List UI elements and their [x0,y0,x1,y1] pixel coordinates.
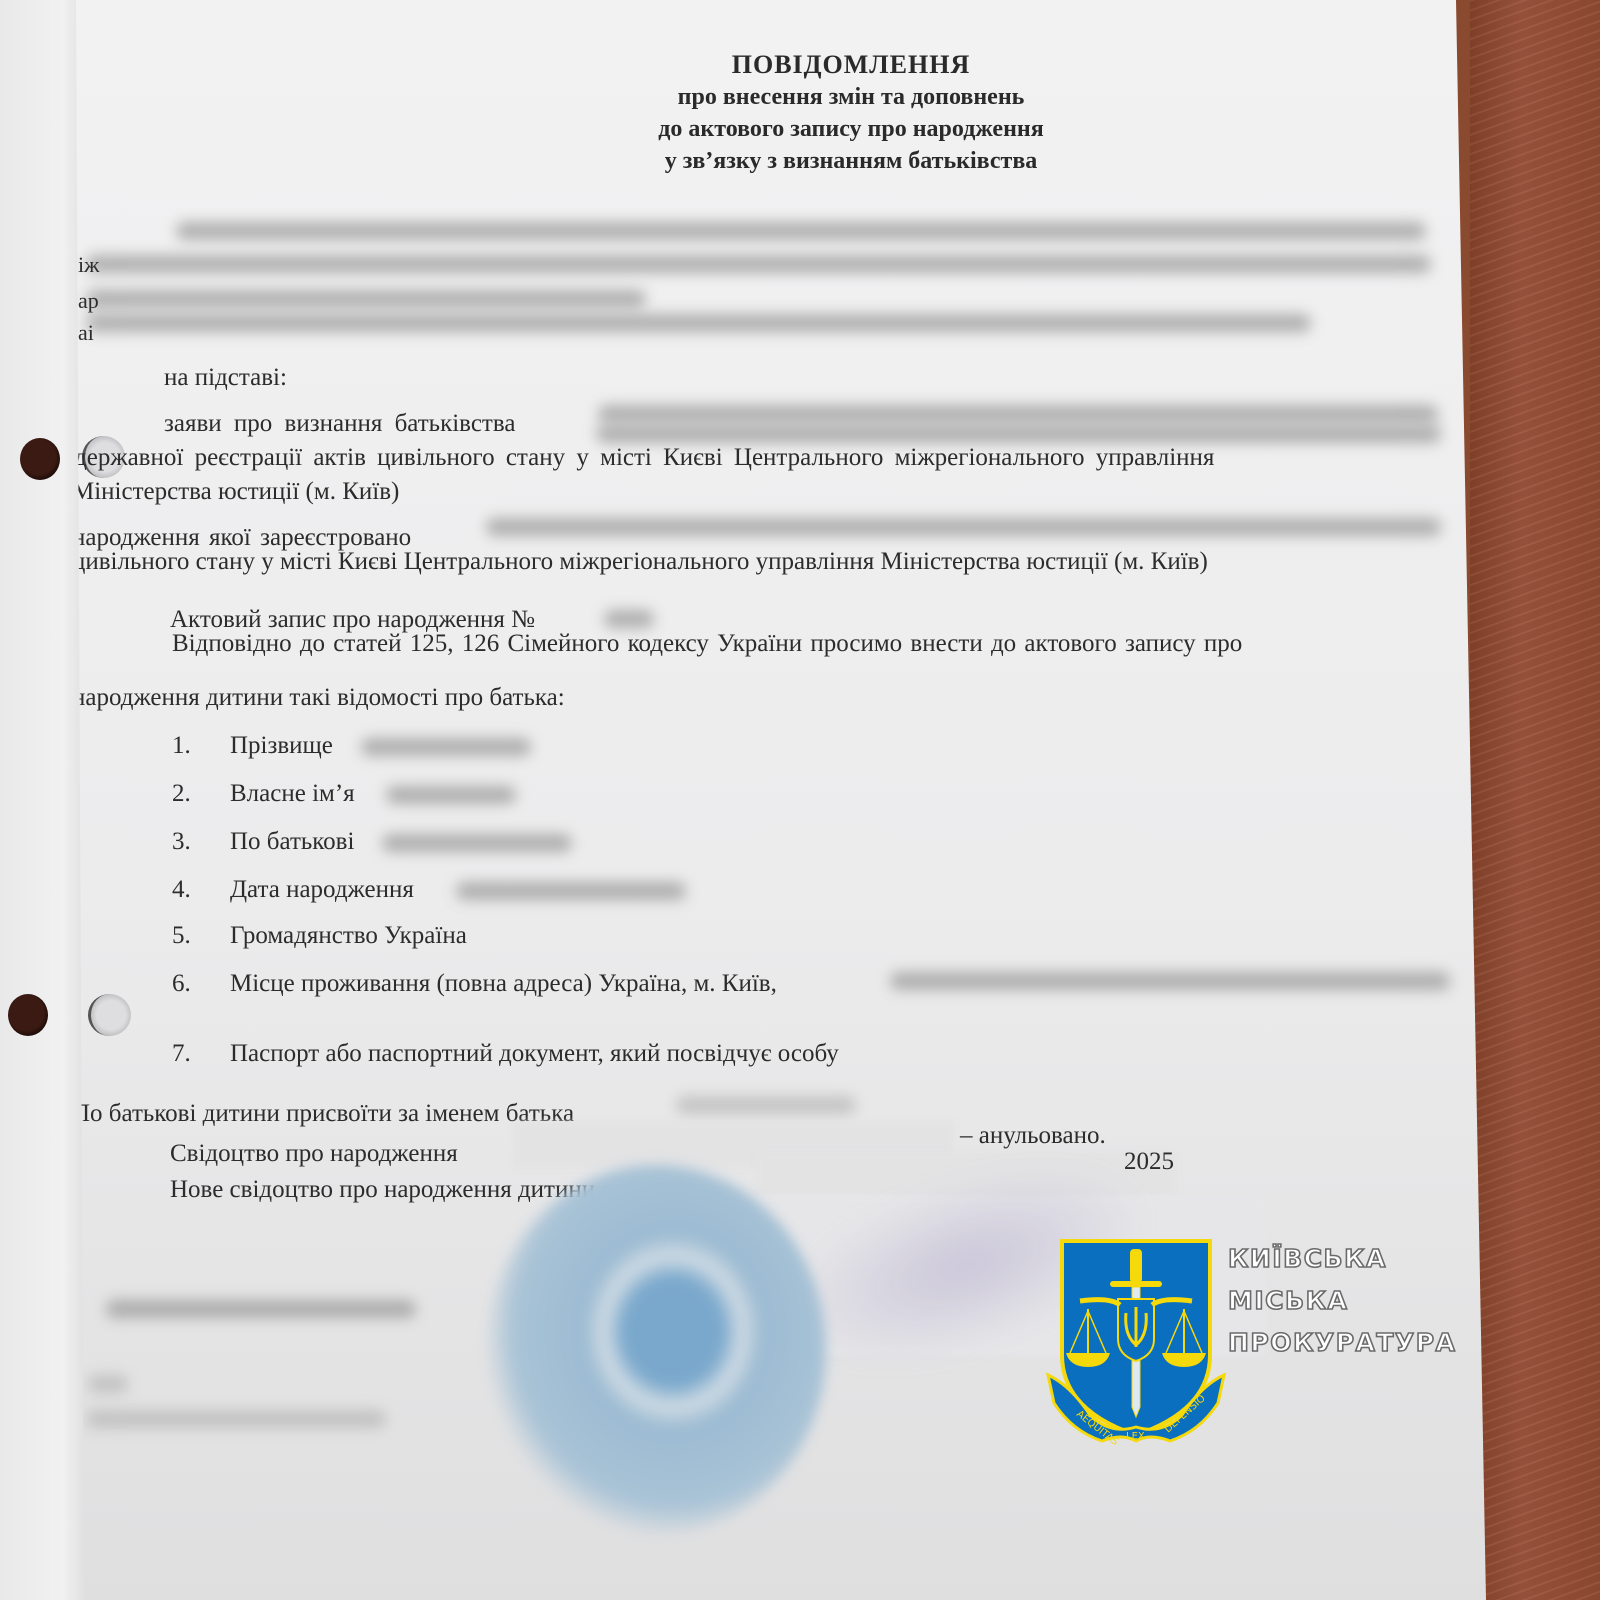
application-line: заяви про визнання батьківства [164,410,515,438]
redacted-patronymic [382,834,572,852]
registry-line-2: Міністерства юстиції (м. Київ) [72,478,399,506]
svg-text:LEX: LEX [1126,1431,1145,1442]
redacted-address [890,972,1450,990]
redacted-text [86,290,646,308]
redacted-birth-date [456,882,686,900]
redacted-patronymic-value [676,1096,856,1114]
document-subtitle-2: до актового запису про народження [76,113,1600,145]
redacted-registration-date [486,518,1441,536]
margin-fragment: іж [78,252,99,278]
birth-registered-line-2: цивільного стану у місті Києві Центральн… [72,548,1208,576]
org-name-line-1: КИЇВСЬКА [1228,1238,1456,1280]
wooden-table-background [1470,0,1600,1600]
field-patronymic: 3.По батькові [172,828,354,856]
punch-hole-top [20,438,60,480]
document-title-block: ПОВІДОМЛЕННЯ про внесення змін та доповн… [76,48,1600,177]
margin-fragment: ар [78,288,99,314]
field-citizenship: 5.Громадянство Україна [172,922,467,950]
margin-fragment: аі [78,320,94,346]
field-passport: 7.Паспорт або паспортний документ, який … [172,1040,839,1068]
field-address: 6.Місце проживання (повна адреса) Україн… [172,970,777,998]
prosecutor-emblem-icon: AEQUITAS LEX DEFENSIO [1040,1235,1230,1445]
request-line-2: народження дитини такі відомості про бат… [72,684,565,712]
basis-label: на підставі: [164,364,287,392]
org-name-line-3: ПРОКУРАТУРА [1228,1322,1456,1364]
redacted-act-record-number [604,610,654,628]
redacted-text [86,255,1431,273]
punch-hole-bottom [8,994,48,1036]
request-line-1: Відповідно до статей 125, 126 Сімейного … [172,630,1242,658]
redacted-application-details [598,405,1438,423]
page-punch-hole-bottom [88,994,131,1036]
prosecutor-office-name: КИЇВСЬКА МІСЬКА ПРОКУРАТУРА [1228,1238,1456,1364]
field-birth-date: 4.Дата народження [172,876,414,904]
redacted-application-details [596,425,1441,443]
redacted-text [86,1410,386,1428]
redacted-text [176,222,1426,240]
redacted-text [86,314,1311,332]
official-seal-blurred [486,1165,826,1535]
redacted-surname [361,738,531,756]
registry-line-1: державної реєстрації актів цивільного ст… [74,444,1214,472]
redacted-first-name [386,786,516,804]
patronymic-assignment-line: По батькові дитини присвоїти за іменем б… [72,1100,574,1128]
field-surname: 1.Прізвище [172,732,333,760]
back-sheet [0,0,90,1600]
document-subtitle-1: про внесення змін та доповнень [76,81,1600,113]
field-first-name: 2.Власне ім’я [172,780,355,808]
redacted-official-title [106,1300,416,1318]
document-subtitle-3: у зв’язку з визнанням батьківства [76,145,1600,177]
org-name-line-2: МІСЬКА [1228,1280,1456,1322]
redacted-text [88,1375,128,1393]
document-title: ПОВІДОМЛЕННЯ [76,48,1600,81]
certificate-label: Свідоцтво про народження [170,1140,458,1168]
